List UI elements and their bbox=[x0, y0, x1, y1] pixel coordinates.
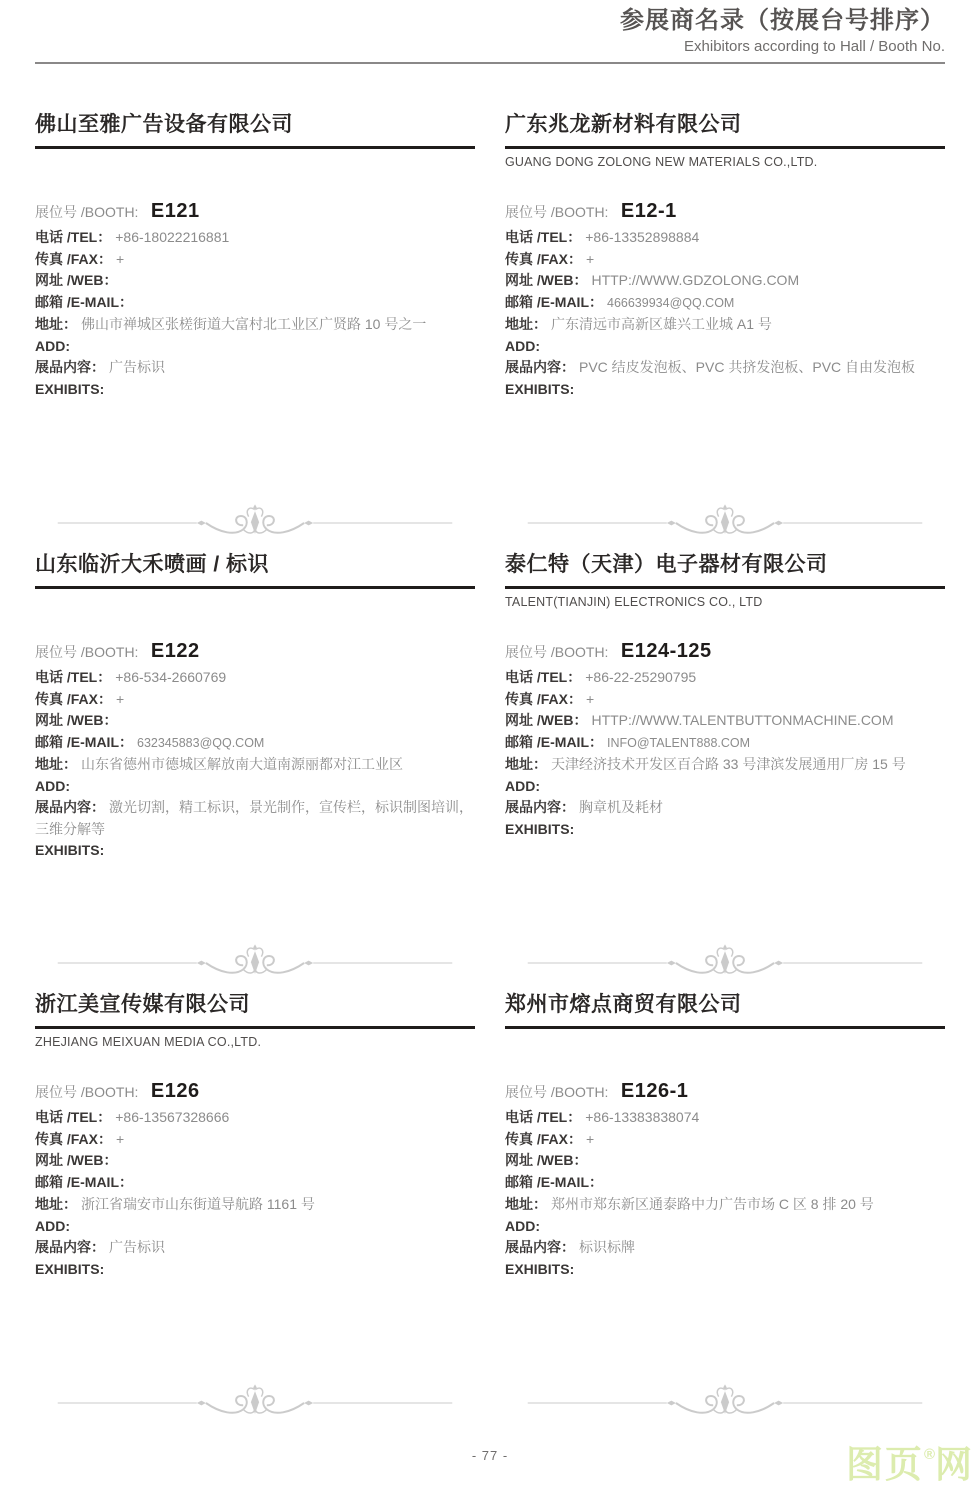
booth-line: 展位号 /BOOTH: E126-1 bbox=[505, 1077, 945, 1107]
booth-line: 展位号 /BOOTH: E121 bbox=[35, 197, 475, 227]
address-value: 山东省德州市德城区解放南大道南源丽都对江工业区 bbox=[81, 756, 403, 772]
field-row-exhibits: 展品内容：广告标识 bbox=[35, 1237, 475, 1259]
tel-value: +86-13352898884 bbox=[585, 229, 699, 245]
exhibits-label: 展品内容： bbox=[35, 1239, 105, 1255]
web-value: HTTP://WWW.TALENTBUTTONMACHINE.COM bbox=[591, 712, 893, 728]
booth-line: 展位号 /BOOTH: E126 bbox=[35, 1077, 475, 1107]
exhibitor-card: 广东兆龙新材料有限公司 GUANG DONG ZOLONG NEW MATERI… bbox=[505, 110, 945, 496]
exhibitor-card: 郑州市熔点商贸有限公司 展位号 /BOOTH: E126-1 电话 /TEL：+… bbox=[505, 990, 945, 1376]
web-label: 网址 /WEB： bbox=[505, 272, 587, 288]
watermark-text-left: 图页 bbox=[846, 1444, 924, 1485]
company-name-en: GUANG DONG ZOLONG NEW MATERIALS CO.,LTD. bbox=[505, 149, 945, 175]
booth-number: E12-1 bbox=[621, 200, 677, 222]
tel-value: +86-18022216881 bbox=[115, 229, 229, 245]
company-name-cn: 泰仁特（天津）电子器材有限公司 bbox=[505, 550, 945, 589]
field-row-tel: 电话 /TEL：+86-534-2660769 bbox=[35, 667, 475, 689]
booth-label: 展位号 /BOOTH: bbox=[35, 644, 138, 660]
tel-label: 电话 /TEL： bbox=[505, 1109, 581, 1125]
field-row-fax: 传真 /FAX：+ bbox=[505, 1129, 945, 1151]
booth-number: E124-125 bbox=[621, 640, 712, 662]
ornamental-divider bbox=[505, 496, 945, 550]
exhibits-label: 展品内容： bbox=[35, 359, 105, 375]
add-en-label: ADD: bbox=[505, 778, 540, 794]
address-value: 浙江省瑞安市山东街道导航路 1161 号 bbox=[81, 1196, 315, 1212]
page-subtitle: Exhibitors according to Hall / Booth No. bbox=[35, 38, 945, 56]
field-row-exhibits-en: EXHIBITS: bbox=[35, 379, 475, 401]
address-label: 地址： bbox=[505, 316, 547, 332]
exhibits-value: PVC 结皮发泡板、PVC 共挤发泡板、PVC 自由发泡板 bbox=[579, 359, 915, 375]
booth-number: E122 bbox=[151, 640, 200, 662]
fax-value: + bbox=[116, 691, 124, 707]
tel-value: +86-534-2660769 bbox=[115, 669, 226, 685]
exhibits-value: 标识标牌 bbox=[579, 1239, 635, 1255]
exhibitor-grid: 佛山至雅广告设备有限公司 展位号 /BOOTH: E121 电话 /TEL：+8… bbox=[0, 110, 980, 1430]
email-label: 邮箱 /E-MAIL： bbox=[505, 294, 603, 310]
field-row-add-en: ADD: bbox=[35, 1216, 475, 1238]
address-value: 天津经济技术开发区百合路 33 号津滨发展通用厂房 15 号 bbox=[551, 756, 906, 772]
flourish-icon bbox=[35, 1383, 475, 1423]
field-row-web: 网址 /WEB： bbox=[35, 270, 475, 292]
field-row-add-en: ADD: bbox=[505, 1216, 945, 1238]
ornamental-divider bbox=[505, 1376, 945, 1430]
field-row-address: 地址：广东清远市高新区雄兴工业城 A1 号 bbox=[505, 314, 945, 336]
company-name-cn: 山东临沂大禾喷画 / 标识 bbox=[35, 550, 475, 589]
exhibits-en-label: EXHIBITS: bbox=[35, 381, 104, 397]
field-row-fax: 传真 /FAX：+ bbox=[35, 1129, 475, 1151]
company-name-cn: 广东兆龙新材料有限公司 bbox=[505, 110, 945, 149]
field-row-email: 邮箱 /E-MAIL： bbox=[35, 292, 475, 315]
exhibits-en-label: EXHIBITS: bbox=[505, 381, 574, 397]
header-rule bbox=[35, 62, 945, 64]
fax-value: + bbox=[116, 1131, 124, 1147]
page-number: - 77 - bbox=[0, 1448, 980, 1463]
company-name-en bbox=[505, 1029, 945, 1055]
field-row-tel: 电话 /TEL：+86-18022216881 bbox=[35, 227, 475, 249]
field-row-email: 邮箱 /E-MAIL：INFO@TALENT888.COM bbox=[505, 732, 945, 755]
field-row-add-en: ADD: bbox=[505, 336, 945, 358]
web-label: 网址 /WEB： bbox=[505, 712, 587, 728]
field-row-email: 邮箱 /E-MAIL：466639934@QQ.COM bbox=[505, 292, 945, 315]
field-row-address: 地址：佛山市禅城区张槎街道大富村北工业区广贤路 10 号之一 bbox=[35, 314, 475, 336]
address-label: 地址： bbox=[505, 756, 547, 772]
email-value: 632345883@QQ.COM bbox=[137, 736, 264, 750]
field-row-email: 邮箱 /E-MAIL：632345883@QQ.COM bbox=[35, 732, 475, 755]
flourish-icon bbox=[35, 503, 475, 543]
booth-label: 展位号 /BOOTH: bbox=[505, 1084, 608, 1100]
field-row-exhibits-en: EXHIBITS: bbox=[35, 840, 475, 862]
exhibits-label: 展品内容： bbox=[35, 799, 105, 815]
field-row-fax: 传真 /FAX：+ bbox=[35, 249, 475, 271]
watermark-logo: 图页®网 bbox=[846, 1435, 974, 1485]
ornamental-divider bbox=[35, 1376, 475, 1430]
exhibitor-card: 山东临沂大禾喷画 / 标识 展位号 /BOOTH: E122 电话 /TEL：+… bbox=[35, 550, 475, 936]
booth-number: E126-1 bbox=[621, 1080, 689, 1102]
tel-value: +86-13567328666 bbox=[115, 1109, 229, 1125]
field-row-tel: 电话 /TEL：+86-13383838074 bbox=[505, 1107, 945, 1129]
field-row-exhibits-en: EXHIBITS: bbox=[505, 819, 945, 841]
email-label: 邮箱 /E-MAIL： bbox=[505, 1174, 603, 1190]
tel-label: 电话 /TEL： bbox=[35, 229, 111, 245]
field-row-exhibits-en: EXHIBITS: bbox=[35, 1259, 475, 1281]
field-row-address: 地址：郑州市郑东新区通泰路中力广告市场 C 区 8 排 20 号 bbox=[505, 1194, 945, 1216]
exhibitor-card: 泰仁特（天津）电子器材有限公司 TALENT(TIANJIN) ELECTRON… bbox=[505, 550, 945, 936]
flourish-icon bbox=[505, 503, 945, 543]
field-row-exhibits: 展品内容：标识标牌 bbox=[505, 1237, 945, 1259]
email-label: 邮箱 /E-MAIL： bbox=[35, 294, 133, 310]
booth-label: 展位号 /BOOTH: bbox=[35, 1084, 138, 1100]
email-label: 邮箱 /E-MAIL： bbox=[505, 734, 603, 750]
add-en-label: ADD: bbox=[505, 1218, 540, 1234]
booth-line: 展位号 /BOOTH: E122 bbox=[35, 637, 475, 667]
company-name-cn: 浙江美宣传媒有限公司 bbox=[35, 990, 475, 1029]
exhibits-label: 展品内容： bbox=[505, 1239, 575, 1255]
fax-label: 传真 /FAX： bbox=[505, 1131, 582, 1147]
email-label: 邮箱 /E-MAIL： bbox=[35, 1174, 133, 1190]
field-row-web: 网址 /WEB：HTTP://WWW.TALENTBUTTONMACHINE.C… bbox=[505, 710, 945, 732]
exhibits-en-label: EXHIBITS: bbox=[505, 821, 574, 837]
exhibits-label: 展品内容： bbox=[505, 799, 575, 815]
field-row-address: 地址：浙江省瑞安市山东街道导航路 1161 号 bbox=[35, 1194, 475, 1216]
registered-trademark-icon: ® bbox=[924, 1446, 935, 1463]
field-row-tel: 电话 /TEL：+86-22-25290795 bbox=[505, 667, 945, 689]
booth-line: 展位号 /BOOTH: E12-1 bbox=[505, 197, 945, 227]
field-row-fax: 传真 /FAX：+ bbox=[35, 689, 475, 711]
company-name-en bbox=[35, 589, 475, 615]
field-row-web: 网址 /WEB： bbox=[35, 1150, 475, 1172]
exhibitor-card: 佛山至雅广告设备有限公司 展位号 /BOOTH: E121 电话 /TEL：+8… bbox=[35, 110, 475, 496]
booth-label: 展位号 /BOOTH: bbox=[505, 644, 608, 660]
exhibits-en-label: EXHIBITS: bbox=[35, 1261, 104, 1277]
web-label: 网址 /WEB： bbox=[35, 272, 117, 288]
field-row-web: 网址 /WEB： bbox=[35, 710, 475, 732]
exhibits-label: 展品内容： bbox=[505, 359, 575, 375]
exhibits-en-label: EXHIBITS: bbox=[505, 1261, 574, 1277]
add-en-label: ADD: bbox=[35, 338, 70, 354]
fax-value: + bbox=[586, 691, 594, 707]
tel-value: +86-22-25290795 bbox=[585, 669, 696, 685]
field-row-email: 邮箱 /E-MAIL： bbox=[505, 1172, 945, 1195]
email-label: 邮箱 /E-MAIL： bbox=[35, 734, 133, 750]
booth-label: 展位号 /BOOTH: bbox=[35, 204, 138, 220]
field-row-address: 地址：山东省德州市德城区解放南大道南源丽都对江工业区 bbox=[35, 754, 475, 776]
field-row-web: 网址 /WEB：HTTP://WWW.GDZOLONG.COM bbox=[505, 270, 945, 292]
address-label: 地址： bbox=[35, 756, 77, 772]
field-row-add-en: ADD: bbox=[35, 776, 475, 798]
email-value: 466639934@QQ.COM bbox=[607, 296, 734, 310]
booth-line: 展位号 /BOOTH: E124-125 bbox=[505, 637, 945, 667]
web-label: 网址 /WEB： bbox=[35, 1152, 117, 1168]
tel-label: 电话 /TEL： bbox=[35, 1109, 111, 1125]
address-value: 郑州市郑东新区通泰路中力广告市场 C 区 8 排 20 号 bbox=[551, 1196, 874, 1212]
ornamental-divider bbox=[35, 496, 475, 550]
page-header: 参展商名录（按展台号排序） Exhibitors according to Ha… bbox=[0, 0, 980, 64]
tel-label: 电话 /TEL： bbox=[505, 229, 581, 245]
address-value: 佛山市禅城区张槎街道大富村北工业区广贤路 10 号之一 bbox=[81, 316, 426, 332]
field-row-exhibits: 展品内容：激光切割，精工标识，景光制作，宣传栏，标识制图培训，三维分解等 bbox=[35, 797, 475, 840]
company-name-en: ZHEJIANG MEIXUAN MEDIA CO.,LTD. bbox=[35, 1029, 475, 1055]
fax-label: 传真 /FAX： bbox=[505, 251, 582, 267]
field-row-exhibits: 展品内容：PVC 结皮发泡板、PVC 共挤发泡板、PVC 自由发泡板 bbox=[505, 357, 945, 379]
exhibits-value: 广告标识 bbox=[109, 1239, 165, 1255]
booth-number: E121 bbox=[151, 200, 200, 222]
exhibitor-card: 浙江美宣传媒有限公司 ZHEJIANG MEIXUAN MEDIA CO.,LT… bbox=[35, 990, 475, 1376]
page-title: 参展商名录（按展台号排序） bbox=[35, 6, 945, 36]
fax-label: 传真 /FAX： bbox=[35, 251, 112, 267]
field-row-add-en: ADD: bbox=[505, 776, 945, 798]
field-row-exhibits-en: EXHIBITS: bbox=[505, 1259, 945, 1281]
exhibits-en-label: EXHIBITS: bbox=[35, 842, 104, 858]
field-row-exhibits: 展品内容：胸章机及耗材 bbox=[505, 797, 945, 819]
ornamental-divider bbox=[505, 936, 945, 990]
web-label: 网址 /WEB： bbox=[505, 1152, 587, 1168]
field-row-email: 邮箱 /E-MAIL： bbox=[35, 1172, 475, 1195]
fax-value: + bbox=[586, 1131, 594, 1147]
field-row-exhibits-en: EXHIBITS: bbox=[505, 379, 945, 401]
tel-label: 电话 /TEL： bbox=[505, 669, 581, 685]
field-row-add-en: ADD: bbox=[35, 336, 475, 358]
fax-value: + bbox=[116, 251, 124, 267]
fax-label: 传真 /FAX： bbox=[35, 691, 112, 707]
field-row-fax: 传真 /FAX：+ bbox=[505, 249, 945, 271]
field-row-tel: 电话 /TEL：+86-13567328666 bbox=[35, 1107, 475, 1129]
company-name-en: TALENT(TIANJIN) ELECTRONICS CO., LTD bbox=[505, 589, 945, 615]
address-value: 广东清远市高新区雄兴工业城 A1 号 bbox=[551, 316, 772, 332]
ornamental-divider bbox=[35, 936, 475, 990]
field-row-address: 地址：天津经济技术开发区百合路 33 号津滨发展通用厂房 15 号 bbox=[505, 754, 945, 776]
exhibits-value: 广告标识 bbox=[109, 359, 165, 375]
watermark-text-right: 网 bbox=[935, 1444, 974, 1485]
tel-label: 电话 /TEL： bbox=[35, 669, 111, 685]
address-label: 地址： bbox=[35, 316, 77, 332]
fax-value: + bbox=[586, 251, 594, 267]
flourish-icon bbox=[505, 943, 945, 983]
flourish-icon bbox=[35, 943, 475, 983]
tel-value: +86-13383838074 bbox=[585, 1109, 699, 1125]
field-row-fax: 传真 /FAX：+ bbox=[505, 689, 945, 711]
field-row-web: 网址 /WEB： bbox=[505, 1150, 945, 1172]
address-label: 地址： bbox=[505, 1196, 547, 1212]
booth-label: 展位号 /BOOTH: bbox=[505, 204, 608, 220]
company-name-en bbox=[35, 149, 475, 175]
exhibits-value: 胸章机及耗材 bbox=[579, 799, 663, 815]
fax-label: 传真 /FAX： bbox=[35, 1131, 112, 1147]
web-value: HTTP://WWW.GDZOLONG.COM bbox=[591, 272, 799, 288]
address-label: 地址： bbox=[35, 1196, 77, 1212]
field-row-exhibits: 展品内容：广告标识 bbox=[35, 357, 475, 379]
booth-number: E126 bbox=[151, 1080, 200, 1102]
flourish-icon bbox=[505, 1383, 945, 1423]
web-label: 网址 /WEB： bbox=[35, 712, 117, 728]
email-value: INFO@TALENT888.COM bbox=[607, 736, 750, 750]
field-row-tel: 电话 /TEL：+86-13352898884 bbox=[505, 227, 945, 249]
company-name-cn: 佛山至雅广告设备有限公司 bbox=[35, 110, 475, 149]
add-en-label: ADD: bbox=[35, 778, 70, 794]
fax-label: 传真 /FAX： bbox=[505, 691, 582, 707]
add-en-label: ADD: bbox=[35, 1218, 70, 1234]
add-en-label: ADD: bbox=[505, 338, 540, 354]
company-name-cn: 郑州市熔点商贸有限公司 bbox=[505, 990, 945, 1029]
